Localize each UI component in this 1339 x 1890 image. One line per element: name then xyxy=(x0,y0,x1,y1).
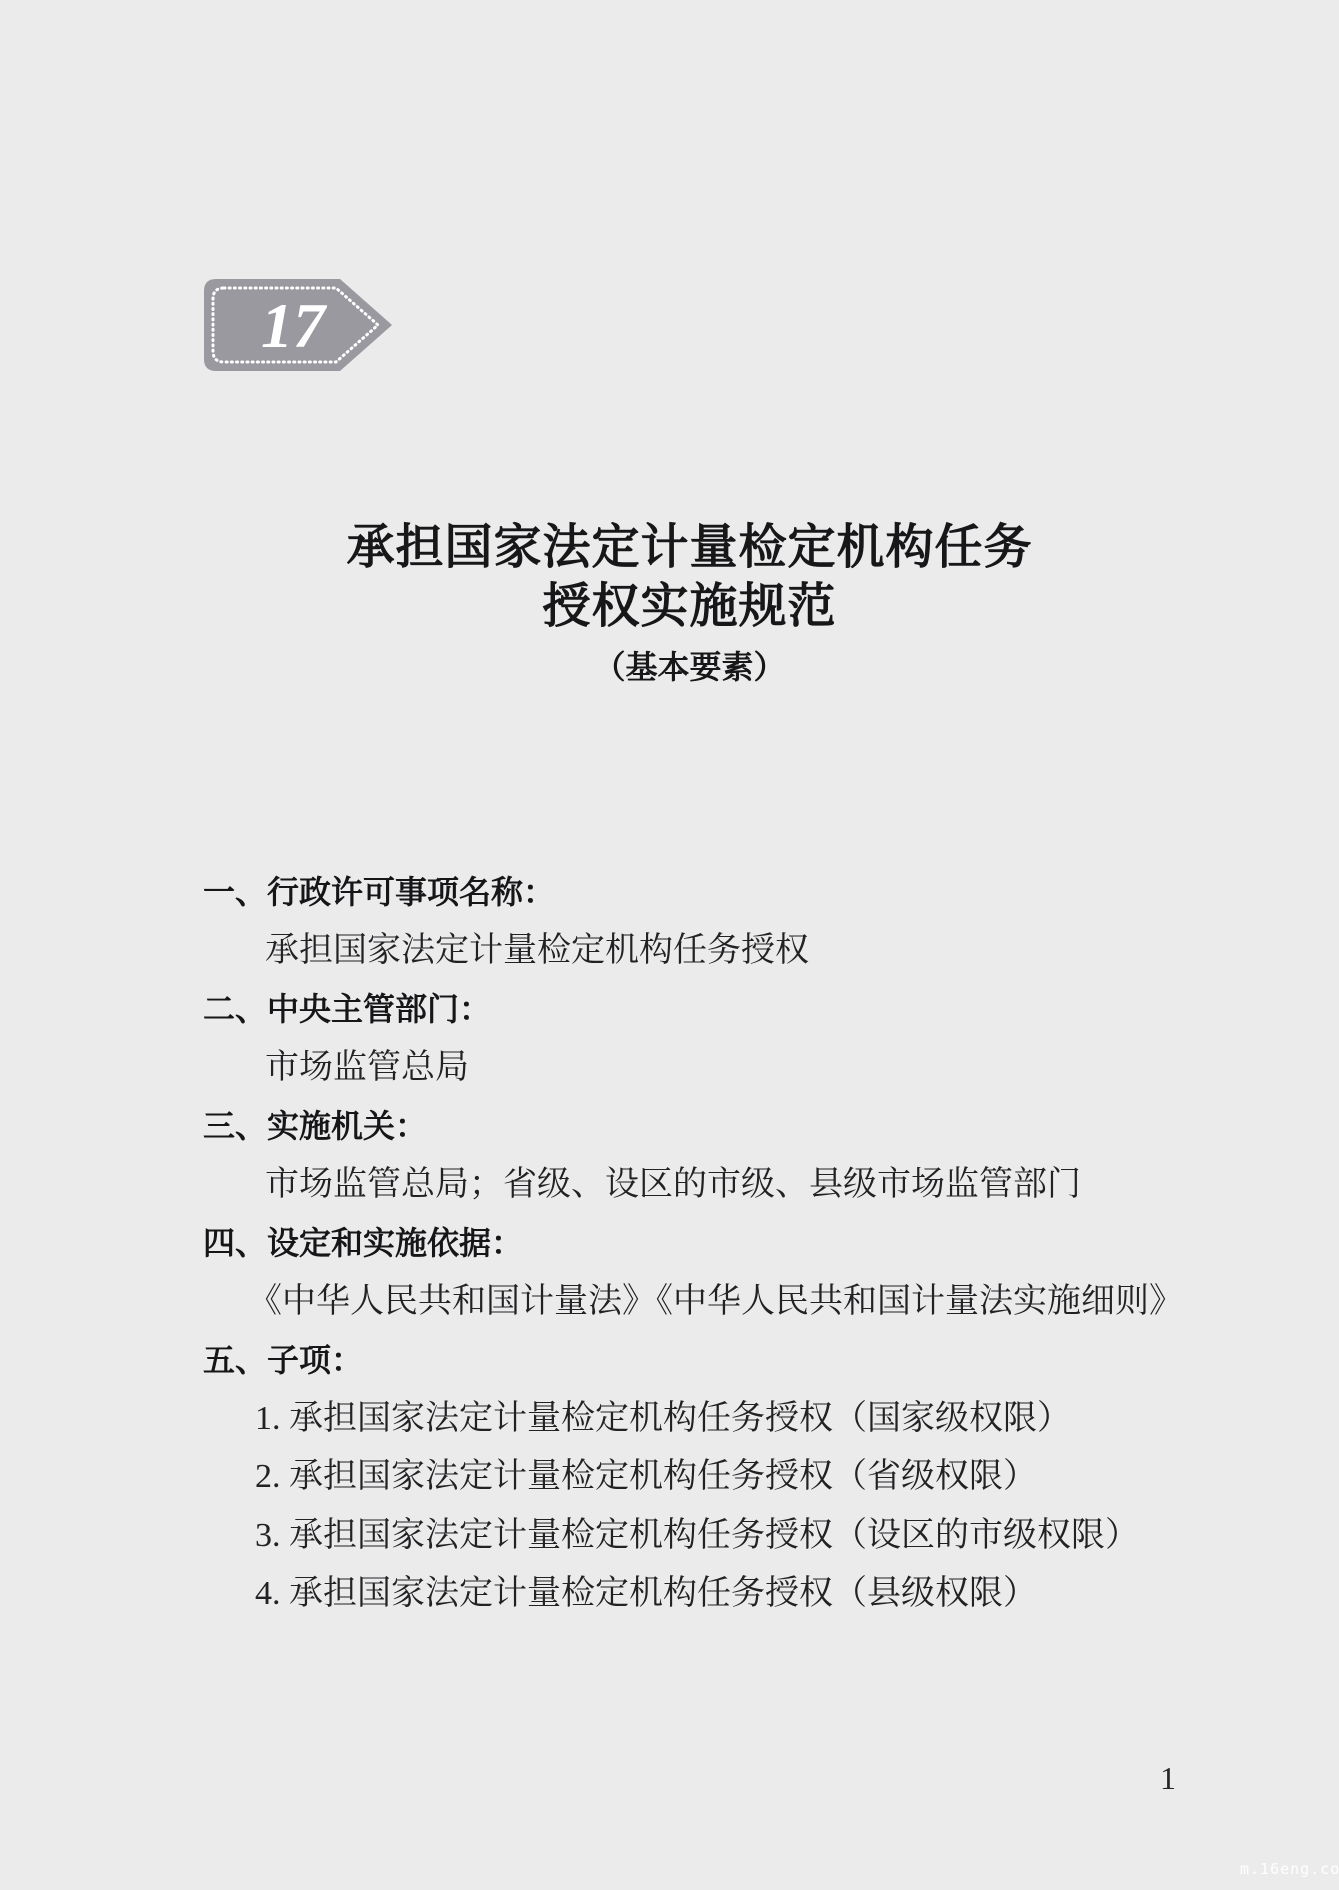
section-5-heading: 五、子项： xyxy=(203,1344,363,1376)
sub-item-2: 2. 承担国家法定计量检定机构任务授权（省级权限） xyxy=(255,1460,1037,1494)
title-block: 承担国家法定计量检定机构任务 授权实施规范 （基本要素） xyxy=(20,518,1339,686)
sub-item-1: 1. 承担国家法定计量检定机构任务授权（国家级权限） xyxy=(255,1402,1071,1436)
document-page: 17 承担国家法定计量检定机构任务 授权实施规范 （基本要素） 一、行政许可事项… xyxy=(0,0,1339,1890)
section-1-heading: 一、行政许可事项名称： xyxy=(203,876,555,908)
section-2-body: 市场监管总局 xyxy=(265,1051,469,1085)
page-number: 1 xyxy=(1160,1762,1176,1794)
document-subtitle: （基本要素） xyxy=(20,648,1339,686)
section-4-body: 《中华人民共和国计量法》《中华人民共和国计量法实施细则》 xyxy=(248,1285,1183,1319)
document-title-line2: 授权实施规范 xyxy=(20,577,1339,636)
section-4-heading: 四、设定和实施依据： xyxy=(203,1227,523,1259)
chapter-arrow-icon: 17 xyxy=(203,278,393,372)
section-3-body: 市场监管总局；省级、设区的市级、县级市场监管部门 xyxy=(265,1168,1081,1202)
document-title-line1: 承担国家法定计量检定机构任务 xyxy=(20,518,1339,577)
sub-item-3: 3. 承担国家法定计量检定机构任务授权（设区的市级权限） xyxy=(255,1519,1139,1553)
chapter-badge: 17 xyxy=(203,278,393,372)
sub-item-4: 4. 承担国家法定计量检定机构任务授权（县级权限） xyxy=(255,1577,1037,1611)
section-2-heading: 二、中央主管部门： xyxy=(203,993,491,1025)
section-1-body: 承担国家法定计量检定机构任务授权 xyxy=(265,934,809,968)
section-3-heading: 三、实施机关： xyxy=(203,1110,427,1142)
watermark: m.16eng.com xyxy=(1240,1862,1339,1877)
chapter-number: 17 xyxy=(261,290,328,361)
